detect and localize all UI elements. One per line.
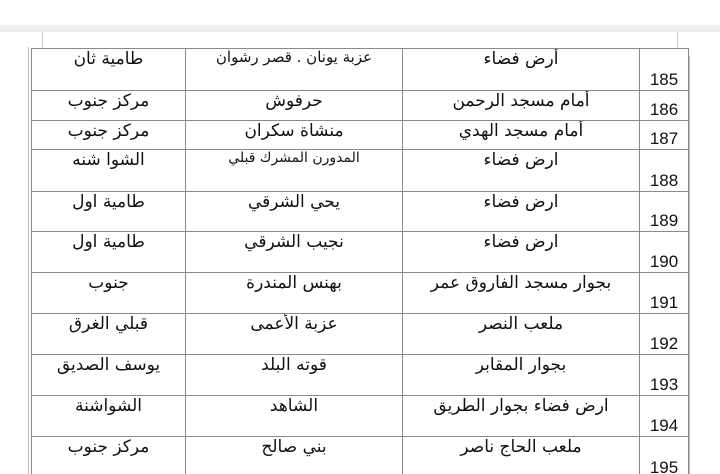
row-number-cell: 193 <box>640 355 689 396</box>
table-row: 185أرض فضاءعزبة يونان . قصر رشوانطامية ث… <box>32 49 689 91</box>
page-margin-left <box>42 32 43 48</box>
location-cell: بجوار المقابر <box>403 355 640 396</box>
table-row: 189ارض فضاءيحي الشرقيطامية اول <box>32 192 689 232</box>
village-cell: نجيب الشرقي <box>186 232 403 273</box>
table-row: 192ملعب النصرعزبة الأعمىقبلي الغرق <box>32 314 689 355</box>
district-cell: مركز جنوب <box>32 91 186 121</box>
location-cell: بجوار مسجد الفاروق عمر <box>403 273 640 314</box>
viewer-toolbar-strip <box>0 25 720 32</box>
location-cell: ارض فضاء <box>403 150 640 192</box>
locations-table: 185أرض فضاءعزبة يونان . قصر رشوانطامية ث… <box>31 48 689 474</box>
village-cell: عزبة يونان . قصر رشوان <box>186 49 403 91</box>
table-row: 194ارض فضاء بجوار الطريقالشاهدالشواشنة <box>32 396 689 437</box>
village-cell: حرفوش <box>186 91 403 121</box>
location-cell: ارض فضاء بجوار الطريق <box>403 396 640 437</box>
village-cell: عزبة الأعمى <box>186 314 403 355</box>
row-number-cell: 189 <box>640 192 689 232</box>
location-cell: أمام مسجد الهدي <box>403 121 640 150</box>
location-cell: أرض فضاء <box>403 49 640 91</box>
row-number-cell: 185 <box>640 49 689 91</box>
page-margin-right <box>677 32 678 48</box>
location-cell: ارض فضاء <box>403 232 640 273</box>
district-cell: قبلي الغرق <box>32 314 186 355</box>
village-cell: يحي الشرقي <box>186 192 403 232</box>
district-cell: يوسف الصديق <box>32 355 186 396</box>
table-row: 186أمام مسجد الرحمنحرفوشمركز جنوب <box>32 91 689 121</box>
village-cell: منشاة سكران <box>186 121 403 150</box>
district-cell: طامية اول <box>32 232 186 273</box>
row-number-cell: 194 <box>640 396 689 437</box>
row-number-cell: 195 <box>640 437 689 474</box>
table-row: 193بجوار المقابرقوته البلديوسف الصديق <box>32 355 689 396</box>
village-cell: قوته البلد <box>186 355 403 396</box>
viewer-top-area <box>0 0 720 25</box>
row-number-cell: 187 <box>640 121 689 150</box>
district-cell: الشواشنة <box>32 396 186 437</box>
table-row: 188ارض فضاءالمدورن المشرك قبليالشوا شنه <box>32 150 689 192</box>
row-number-cell: 192 <box>640 314 689 355</box>
village-cell: بني صالح <box>186 437 403 474</box>
table-row: 187أمام مسجد الهديمنشاة سكرانمركز جنوب <box>32 121 689 150</box>
village-cell: الشاهد <box>186 396 403 437</box>
district-cell: طامية ثان <box>32 49 186 91</box>
row-number-cell: 190 <box>640 232 689 273</box>
row-number-cell: 186 <box>640 91 689 121</box>
table-row: 190ارض فضاءنجيب الشرقيطامية اول <box>32 232 689 273</box>
district-cell: مركز جنوب <box>32 437 186 474</box>
location-cell: أمام مسجد الرحمن <box>403 91 640 121</box>
district-cell: طامية اول <box>32 192 186 232</box>
page-border-left <box>28 47 29 474</box>
location-cell: ملعب النصر <box>403 314 640 355</box>
district-cell: مركز جنوب <box>32 121 186 150</box>
village-cell: بهنس المندرة <box>186 273 403 314</box>
location-cell: ملعب الحاج ناصر <box>403 437 640 474</box>
page-border-right <box>689 56 690 474</box>
district-cell: الشوا شنه <box>32 150 186 192</box>
village-cell: المدورن المشرك قبلي <box>186 150 403 192</box>
table-row: 191بجوار مسجد الفاروق عمربهنس المندرةجنو… <box>32 273 689 314</box>
location-cell: ارض فضاء <box>403 192 640 232</box>
row-number-cell: 191 <box>640 273 689 314</box>
row-number-cell: 188 <box>640 150 689 192</box>
table-row: 195ملعب الحاج ناصربني صالحمركز جنوب <box>32 437 689 474</box>
district-cell: جنوب <box>32 273 186 314</box>
